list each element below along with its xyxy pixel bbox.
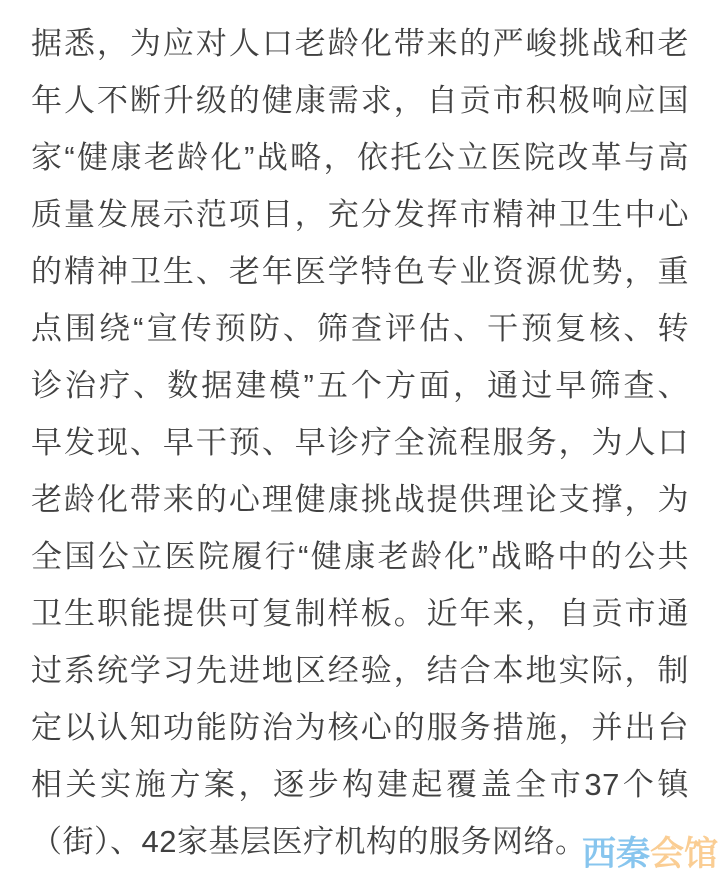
article-body: 据悉，为应对人口老龄化带来的严峻挑战和老年人不断升级的健康需求，自贡市积极响应国…: [0, 0, 720, 870]
text-line: 早发现、早干预、早诊疗全流程服务，为人口: [31, 414, 689, 471]
text-line: 过系统学习先进地区经验，结合本地实际，制: [31, 642, 689, 699]
article-lines: 据悉，为应对人口老龄化带来的严峻挑战和老年人不断升级的健康需求，自贡市积极响应国…: [31, 15, 689, 870]
text-line: 质量发展示范项目，充分发挥市精神卫生中心: [31, 186, 689, 243]
text-line: 定以认知功能防治为核心的服务措施，并出台: [31, 699, 689, 756]
text-line: 据悉，为应对人口老龄化带来的严峻挑战和老: [31, 15, 689, 72]
text-line: 全国公立医院履行“健康老龄化”战略中的公共: [31, 528, 689, 585]
text-line: 诊治疗、数据建模”五个方面，通过早筛查、: [31, 357, 689, 414]
text-line: 家“健康老龄化”战略，依托公立医院改革与高: [31, 129, 689, 186]
text-line: 卫生职能提供可复制样板。近年来，自贡市通: [31, 585, 689, 642]
text-line: 年人不断升级的健康需求，自贡市积极响应国: [31, 72, 689, 129]
text-line: 相关实施方案，逐步构建起覆盖全市37个镇: [31, 756, 689, 813]
text-line: （街）、42家基层医疗机构的服务网络。: [31, 813, 689, 870]
text-line: 的精神卫生、老年医学特色专业资源优势，重: [31, 243, 689, 300]
text-line: 点围绕“宣传预防、筛查评估、干预复核、转: [31, 300, 689, 357]
text-line: 老龄化带来的心理健康挑战提供理论支撑，为: [31, 471, 689, 528]
